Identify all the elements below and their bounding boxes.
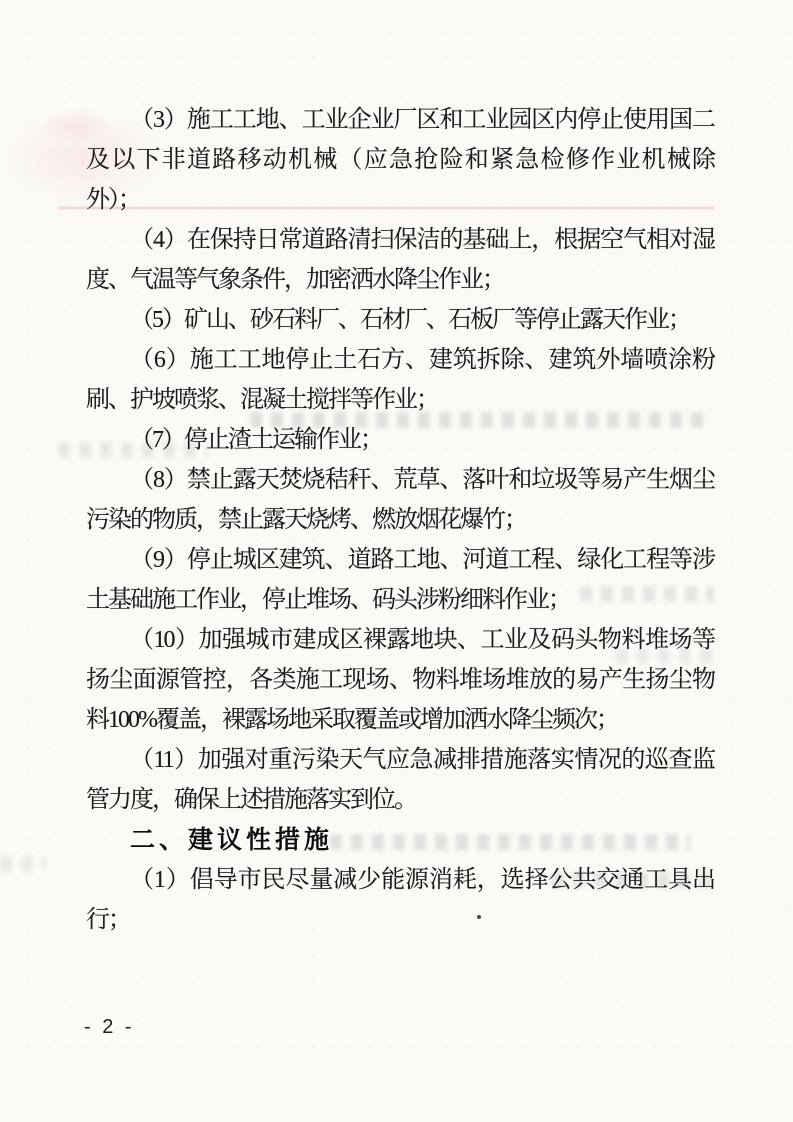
text-line: （7）停止渣土运输作业； xyxy=(86,420,714,460)
text-line: （10）加强城市建成区裸露地块、工业及码头物料堆场等 xyxy=(86,620,714,660)
text-line: 料100%覆盖，裸露场地采取覆盖或增加洒水降尘频次； xyxy=(86,700,714,740)
text-line: 度、气温等气象条件，加密洒水降尘作业； xyxy=(86,260,714,300)
text-block: （3）施工工地、工业企业厂区和工业园区内停止使用国二及以下非道路移动机械（应急抢… xyxy=(86,100,714,940)
text-line: 外）； xyxy=(86,180,714,220)
text-line: （1）倡导市民尽量减少能源消耗，选择公共交通工具出 xyxy=(86,860,714,900)
text-line: 管力度，确保上述措施落实到位。 xyxy=(86,780,714,820)
section-heading: 二、建议性措施 xyxy=(86,820,714,860)
text-line: （8）禁止露天焚烧秸秆、荒草、落叶和垃圾等易产生烟尘 xyxy=(86,460,714,500)
text-line: 行； xyxy=(86,900,714,940)
text-line: （5）矿山、砂石料厂、石材厂、石板厂等停止露天作业； xyxy=(86,300,714,340)
scanned-page: { "page": { "number_label": "- 2 -" }, "… xyxy=(0,0,793,1122)
bleed-through-text xyxy=(0,856,46,872)
text-line: 及以下非道路移动机械（应急抢险和紧急检修作业机械除 xyxy=(86,140,714,180)
text-line: （11）加强对重污染天气应急减排措施落实情况的巡查监 xyxy=(86,740,714,780)
text-line: 刷、护坡喷浆、混凝土搅拌等作业； xyxy=(86,380,714,420)
text-line: 土基础施工作业，停止堆场、码头涉粉细料作业； xyxy=(86,580,714,620)
text-line: 污染的物质，禁止露天烧烤、燃放烟花爆竹； xyxy=(86,500,714,540)
text-line: （9）停止城区建筑、道路工地、河道工程、绿化工程等涉 xyxy=(86,540,714,580)
page-number: - 2 - xyxy=(84,1016,135,1039)
text-line: （4）在保持日常道路清扫保洁的基础上，根据空气相对湿 xyxy=(86,220,714,260)
text-line: （3）施工工地、工业企业厂区和工业园区内停止使用国二 xyxy=(86,100,714,140)
text-line: 扬尘面源管控，各类施工现场、物料堆场堆放的易产生扬尘物 xyxy=(86,660,714,700)
text-line: （6）施工工地停止土石方、建筑拆除、建筑外墙喷涂粉 xyxy=(86,340,714,380)
